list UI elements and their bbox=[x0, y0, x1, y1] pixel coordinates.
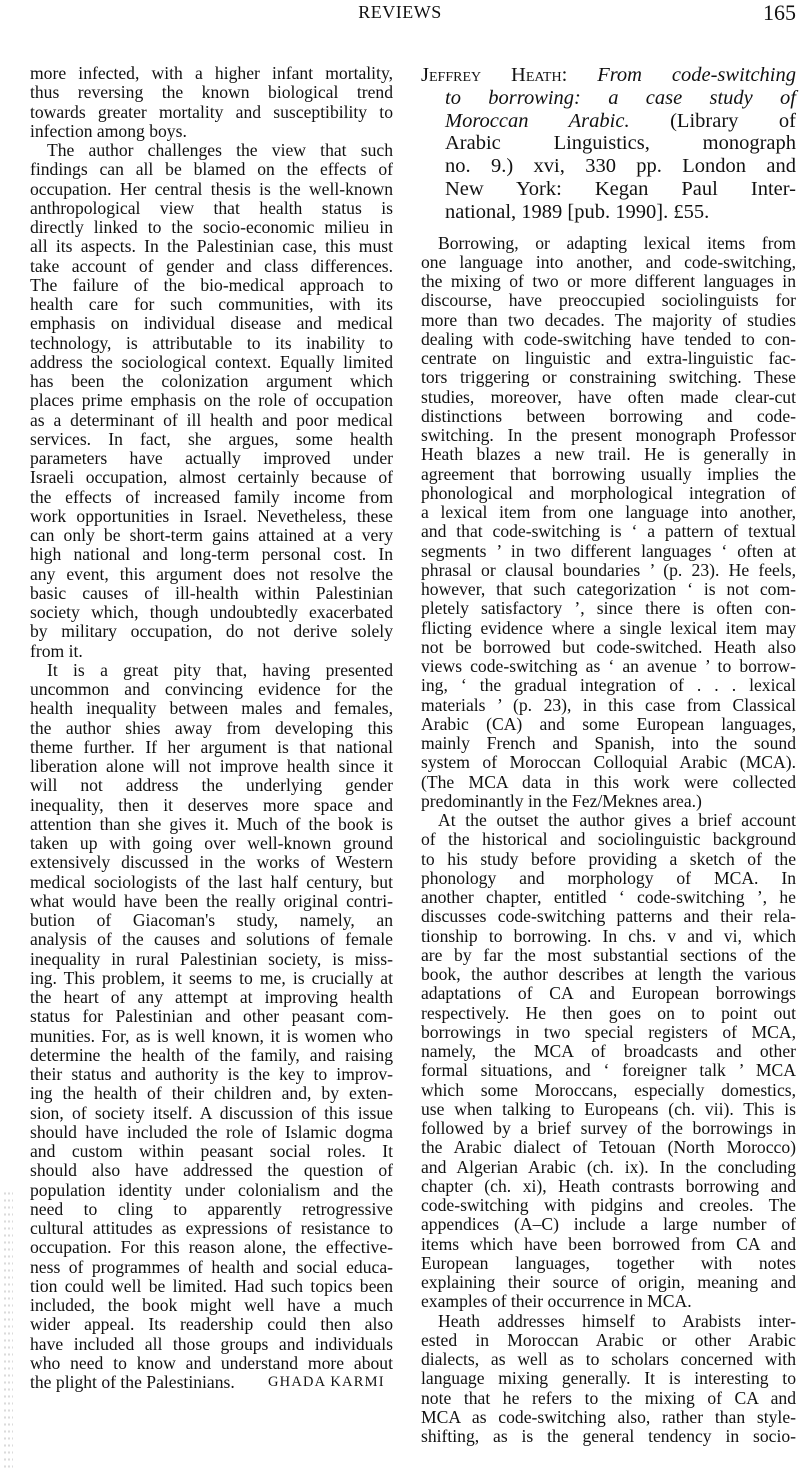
text-line: take account of gender and class differe… bbox=[30, 257, 393, 276]
text-line: predominantly in the Fez/Meknes area.) bbox=[421, 792, 796, 811]
text-line: pletely satisfactory ’, since there is o… bbox=[421, 599, 796, 618]
running-head: REVIEWS 165 bbox=[0, 0, 800, 30]
text-line: need to cling to apparently retrogressiv… bbox=[30, 1200, 393, 1219]
text-line: borrowings in two special registers of M… bbox=[421, 1023, 796, 1042]
text-line: (The MCA data in this work were collecte… bbox=[421, 773, 796, 792]
text-line: the Arabic dialect of Tetouan (North Mor… bbox=[421, 1138, 796, 1157]
text-line: and that code-switching is ‘ a pattern o… bbox=[421, 522, 796, 541]
text-line: a lexical item from one language into an… bbox=[421, 503, 796, 522]
text-line: followed by a brief survey of the borrow… bbox=[421, 1119, 796, 1138]
text-line: flicting evidence where a single lexical… bbox=[421, 619, 796, 638]
text-line: Heath addresses himself to Arabists inte… bbox=[421, 1312, 796, 1331]
review-author: Jeffrey Heath: bbox=[421, 64, 567, 86]
text-line: The failure of the bio-medical approach … bbox=[30, 276, 393, 295]
text-line: infection among boys. bbox=[30, 122, 393, 141]
text-line: attention than she gives it. Much of the… bbox=[30, 815, 393, 834]
text-line: what would have been the really original… bbox=[30, 892, 393, 911]
running-head-title: REVIEWS bbox=[0, 2, 800, 23]
text-line: however, that such categorization ‘ is n… bbox=[421, 580, 796, 599]
text-line: use when talking to Europeans (ch. vii).… bbox=[421, 1100, 796, 1119]
paragraph: more infected, with a higher infant mort… bbox=[30, 64, 393, 141]
text-line: Borrowing, or adapting lexical items fro… bbox=[421, 234, 796, 253]
text-line: chapter (ch. xi), Heath contrasts borrow… bbox=[421, 1177, 796, 1196]
text-line: mainly French and Spanish, into the soun… bbox=[421, 734, 796, 753]
text-line: shifting, as is the general tendency in … bbox=[421, 1427, 796, 1446]
text-line: society which, though undoubtedly exacer… bbox=[30, 603, 393, 622]
text-line: system of Moroccan Colloquial Arabic (MC… bbox=[421, 753, 796, 772]
text-line: and Algerian Arabic (ch. ix). In the con… bbox=[421, 1158, 796, 1177]
text-line: distinctions between borrowing and code- bbox=[421, 407, 796, 426]
text-line: ing the health of their children and, by… bbox=[30, 1084, 393, 1103]
text-line: basic causes of ill-health within Palest… bbox=[30, 584, 393, 603]
text-line: Heath blazes a new trail. He is generall… bbox=[421, 445, 796, 464]
text-line: extensively discussed in the works of We… bbox=[30, 853, 393, 872]
right-column: Jeffrey Heath: From code-switching to bo… bbox=[421, 64, 796, 1446]
text-line: have included all those groups and indiv… bbox=[30, 1335, 393, 1354]
text-line: towards greater mortality and susceptibi… bbox=[30, 103, 393, 122]
text-line: tionship to borrowing. In chs. v and vi,… bbox=[421, 927, 796, 946]
text-line: thus reversing the known biological tren… bbox=[30, 83, 393, 102]
text-line: medical sociologists of the last half ce… bbox=[30, 873, 393, 892]
text-line: the heart of any attempt at improving he… bbox=[30, 988, 393, 1007]
text-line: namely, the MCA of broadcasts and other bbox=[421, 1042, 796, 1061]
page-number: 165 bbox=[763, 0, 796, 26]
text-line: findings can all be blamed on the effect… bbox=[30, 160, 393, 179]
text-line: which some Moroccans, especially domesti… bbox=[421, 1081, 796, 1100]
text-line: anthropological view that health status … bbox=[30, 199, 393, 218]
text-line: It is a great pity that, having presente… bbox=[30, 661, 393, 680]
text-line: tors triggering or constraining switchin… bbox=[421, 368, 796, 387]
text-line: ested in Moroccan Arabic or other Arabic bbox=[421, 1331, 796, 1350]
text-line: appendices (A–C) include a large number … bbox=[421, 1215, 796, 1234]
book-details-line: Arabic Linguistics, monograph bbox=[421, 132, 796, 155]
book-details-line: New York: Kegan Paul Inter- bbox=[421, 178, 796, 201]
text-line: tion could well be limited. Had such top… bbox=[30, 1277, 393, 1296]
text-line: uncommon and convincing evidence for the bbox=[30, 680, 393, 699]
book-title-line: Moroccan Arabic. bbox=[445, 110, 630, 132]
text-line: liberation alone will not improve health… bbox=[30, 757, 393, 776]
review-heading: Jeffrey Heath: From code-switching to bo… bbox=[421, 64, 796, 224]
paragraph: The author challenges the view that such… bbox=[30, 141, 393, 661]
text-line: not be borrowed but code-switched. Heath… bbox=[421, 638, 796, 657]
text-line: status for Palestinian and other peasant… bbox=[30, 1007, 393, 1026]
text-line: phonology and morphology of MCA. In bbox=[421, 869, 796, 888]
paragraph: It is a great pity that, having presente… bbox=[30, 661, 393, 1393]
text-line: health care for such communities, with i… bbox=[30, 295, 393, 314]
text-line: ness of programmes of health and social … bbox=[30, 1258, 393, 1277]
text-line: taken up with going over well-known grou… bbox=[30, 834, 393, 853]
text-line: book, the author describes at length the… bbox=[421, 965, 796, 984]
text-line: cultural attitudes as expressions of res… bbox=[30, 1219, 393, 1238]
text-line: population identity under colonialism an… bbox=[30, 1181, 393, 1200]
text-line: occupation. Her central thesis is the we… bbox=[30, 180, 393, 199]
text-line: dialects, as well as to scholars concern… bbox=[421, 1350, 796, 1369]
heading-line: Moroccan Arabic. (Library of bbox=[421, 110, 796, 133]
text-line: sion, of society itself. A discussion of… bbox=[30, 1104, 393, 1123]
text-line: materials ’ (p. 23), in this case from C… bbox=[421, 696, 796, 715]
book-details-line: national, 1989 [pub. 1990]. £55. bbox=[421, 201, 796, 224]
text-line: explaining their source of origin, meani… bbox=[421, 1273, 796, 1292]
text-line: formal situations, and ‘ foreigner talk … bbox=[421, 1061, 796, 1080]
text-line: wider appeal. Its readership could then … bbox=[30, 1315, 393, 1334]
text-line: the author shies away from developing th… bbox=[30, 719, 393, 738]
book-title-line: From code-switching bbox=[597, 64, 796, 86]
text-line: European languages, together with notes bbox=[421, 1254, 796, 1273]
text-line: munities. For, as is well known, it is w… bbox=[30, 1027, 393, 1046]
text-line: their status and authority is the key to… bbox=[30, 1065, 393, 1084]
text-line: another chapter, entitled ‘ code-switchi… bbox=[421, 888, 796, 907]
text-line: At the outset the author gives a brief a… bbox=[421, 811, 796, 830]
text-line: from it. bbox=[30, 642, 393, 661]
text-line: one language into another, and code-swit… bbox=[421, 253, 796, 272]
text-line: technology, is attributable to its inabi… bbox=[30, 334, 393, 353]
paragraph: At the outset the author gives a brief a… bbox=[421, 811, 796, 1312]
text-line: agreement that borrowing usually implies… bbox=[421, 465, 796, 484]
reviewer-signature: GHADA KARMI bbox=[268, 1374, 385, 1391]
text-line: as a determinant of ill health and poor … bbox=[30, 411, 393, 430]
text-line: centrate on linguistic and extra-linguis… bbox=[421, 349, 796, 368]
text-line: phrasal or clausal boundaries ’ (p. 23).… bbox=[421, 561, 796, 580]
text-line: discourse, have preoccupied sociolinguis… bbox=[421, 291, 796, 310]
text-line: has been the colonization argument which bbox=[30, 372, 393, 391]
text-line: theme further. If her argument is that n… bbox=[30, 738, 393, 757]
book-details-line: (Library of bbox=[670, 110, 796, 132]
book-title-line: to borrowing: a case study of bbox=[421, 87, 796, 110]
text-line: ing, ‘ the gradual integration of . . . … bbox=[421, 676, 796, 695]
text-line: examples of their occurrence in MCA. bbox=[421, 1292, 796, 1311]
text-line: language mixing generally. It is interes… bbox=[421, 1369, 796, 1388]
text-line: Israeli occupation, almost certainly bec… bbox=[30, 468, 393, 487]
text-line: occupation. For this reason alone, the e… bbox=[30, 1238, 393, 1257]
text-line: should have included the role of Islamic… bbox=[30, 1123, 393, 1142]
text-line: analysis of the causes and solutions of … bbox=[30, 930, 393, 949]
text-line: The author challenges the view that such bbox=[30, 141, 393, 160]
paragraph: Borrowing, or adapting lexical items fro… bbox=[421, 234, 796, 812]
text-line: code-switching with pidgins and creoles.… bbox=[421, 1196, 796, 1215]
text-line: should also have addressed the question … bbox=[30, 1161, 393, 1180]
text-line: services. In fact, she argues, some heal… bbox=[30, 430, 393, 449]
text-line: and custom within peasant social roles. … bbox=[30, 1142, 393, 1161]
text-line: any event, this argument does not resolv… bbox=[30, 565, 393, 584]
text-line: more than two decades. The majority of s… bbox=[421, 311, 796, 330]
text-line: determine the health of the family, and … bbox=[30, 1046, 393, 1065]
text-line: places prime emphasis on the role of occ… bbox=[30, 391, 393, 410]
text-line: all its aspects. In the Palestinian case… bbox=[30, 237, 393, 256]
text-line: studies, moreover, have often made clear… bbox=[421, 388, 796, 407]
text-line: items which have been borrowed from CA a… bbox=[421, 1235, 796, 1254]
text-line: inequality, then it deserves more space … bbox=[30, 796, 393, 815]
text-line: health inequality between males and fema… bbox=[30, 699, 393, 718]
scan-artifact bbox=[3, 1190, 13, 1468]
paragraph: Heath addresses himself to Arabists inte… bbox=[421, 1312, 796, 1447]
book-details-line: no. 9.) xvi, 330 pp. London and bbox=[421, 155, 796, 178]
text-line: directly linked to the socio-economic mi… bbox=[30, 218, 393, 237]
text-line: the effects of increased family income f… bbox=[30, 488, 393, 507]
text-line: the mixing of two or more different lang… bbox=[421, 272, 796, 291]
text-line: phonological and morphological integrati… bbox=[421, 484, 796, 503]
text-line: to his study before providing a sketch o… bbox=[421, 850, 796, 869]
text-line: MCA as code-switching also, rather than … bbox=[421, 1408, 796, 1427]
text-line: by military occupation, do not derive so… bbox=[30, 622, 393, 641]
text-line: respectively. He then goes on to point o… bbox=[421, 1004, 796, 1023]
text-line: ing. This problem, it seems to me, is cr… bbox=[30, 969, 393, 988]
text-line: bution of Giacoman's study, namely, an bbox=[30, 911, 393, 930]
text-line: views code-switching as ‘ an avenue ’ to… bbox=[421, 657, 796, 676]
text-line: high national and long-term personal cos… bbox=[30, 545, 393, 564]
text-line: included, the book might well have a muc… bbox=[30, 1296, 393, 1315]
text-line: discusses code-switching patterns and th… bbox=[421, 907, 796, 926]
heading-line: Jeffrey Heath: From code-switching bbox=[421, 64, 796, 87]
text-line: more infected, with a higher infant mort… bbox=[30, 64, 393, 83]
text-line: dealing with code-switching have tended … bbox=[421, 330, 796, 349]
text-line: work opportunities in Israel. Nevetheles… bbox=[30, 507, 393, 526]
text-line: of the historical and sociolinguistic ba… bbox=[421, 830, 796, 849]
text-line: will not address the underlying gender bbox=[30, 776, 393, 795]
text-line: segments ’ in two different languages ‘ … bbox=[421, 542, 796, 561]
text-line: adaptations of CA and European borrowing… bbox=[421, 984, 796, 1003]
text-line: address the sociological context. Equall… bbox=[30, 353, 393, 372]
text-line: note that he refers to the mixing of CA … bbox=[421, 1389, 796, 1408]
text-line: can only be short-term gains attained at… bbox=[30, 526, 393, 545]
text-line: are by far the most substantial sections… bbox=[421, 946, 796, 965]
text-line: switching. In the present monograph Prof… bbox=[421, 426, 796, 445]
text-line: parameters have actually improved under bbox=[30, 449, 393, 468]
review-body: Borrowing, or adapting lexical items fro… bbox=[421, 234, 796, 1447]
text-line: inequality in rural Palestinian society,… bbox=[30, 950, 393, 969]
text-line: Arabic (CA) and some European languages, bbox=[421, 715, 796, 734]
text-line: emphasis on individual disease and medic… bbox=[30, 314, 393, 333]
left-column: more infected, with a higher infant mort… bbox=[30, 64, 393, 1392]
text-line: who need to know and understand more abo… bbox=[30, 1354, 393, 1373]
